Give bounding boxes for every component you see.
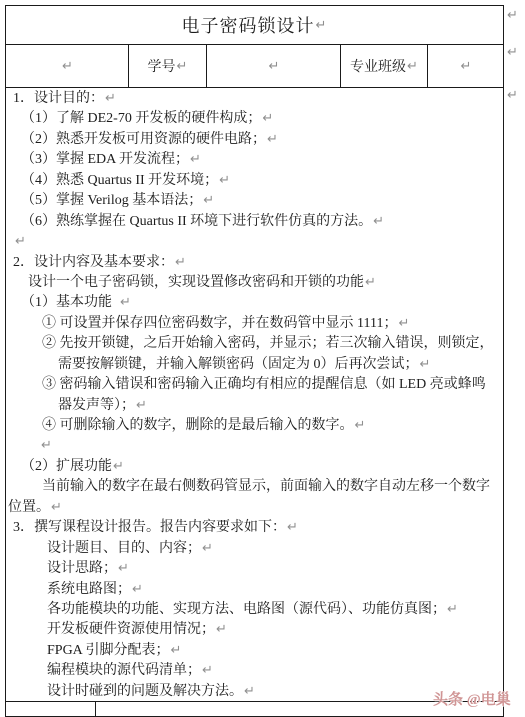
body-line: （4）熟悉 Quartus II 开发环境；↵ [8, 171, 501, 191]
line-text: （3）掌握 EDA 开发流程； [21, 152, 189, 167]
line-text: 设计一个电子密码锁，实现设置修改密码和开锁的功能 [28, 275, 364, 290]
body-line: 编程模块的源代码清单；↵ [8, 661, 501, 681]
line-text: （1）基本功能 [21, 295, 119, 310]
pilcrow-mark: ↵ [286, 520, 298, 535]
pilcrow-mark: ↵ [243, 684, 255, 699]
line-text: FPGA 引脚分配表； [47, 643, 170, 658]
line-text: 1．设计目的： [13, 91, 104, 106]
body-line: （2）扩展功能↵ [8, 457, 501, 477]
pilcrow-mark: ↵ [119, 295, 131, 310]
body-line: 需要按解锁键，并输入解锁密码（固定为 0）后再次尝试；↵ [8, 355, 501, 375]
body-line: ① 可设置并保存四位密码数字，并在数码管中显示 1111；↵ [8, 314, 501, 334]
right-margin-pilcrow: ↵ [507, 88, 518, 103]
line-text: 位置。 [8, 500, 50, 515]
line-text: （1）了解 DE2-70 开发板的硬件构成； [21, 111, 261, 126]
body-line: FPGA 引脚分配表；↵ [8, 641, 501, 661]
body-line: ↵ [8, 232, 501, 252]
body-line: 3．撰写课程设计报告。报告内容要求如下：↵ [8, 518, 501, 538]
pilcrow-mark: ↵ [460, 59, 472, 74]
body-line: （1）了解 DE2-70 开发板的硬件构成；↵ [8, 109, 501, 129]
line-text: ④ 可删除输入的数字，删除的是最后输入的数字。 [42, 418, 354, 433]
pilcrow-mark: ↵ [131, 582, 143, 597]
line-text: ① 可设置并保存四位密码数字，并在数码管中显示 1111； [42, 316, 397, 331]
pilcrow-mark: ↵ [176, 59, 188, 74]
line-text: 2．设计内容及基本要求： [13, 255, 174, 270]
title-row: 电子密码锁设计↵ [6, 6, 503, 44]
pilcrow-mark: ↵ [117, 561, 129, 576]
body-line: 设计一个电子密码锁，实现设置修改密码和开锁的功能↵ [8, 273, 501, 293]
line-text: 当前输入的数字在最右侧数码管显示，前面输入的数字自动左移一个数字 [42, 479, 490, 494]
pilcrow-mark: ↵ [174, 255, 186, 270]
body-line: 设计题目、目的、内容；↵ [8, 539, 501, 559]
pilcrow-mark: ↵ [372, 214, 384, 229]
pilcrow-mark: ↵ [268, 59, 280, 74]
body-line: （3）掌握 EDA 开发流程；↵ [8, 150, 501, 170]
body-line: 系统电路图；↵ [8, 580, 501, 600]
pilcrow-mark: ↵ [354, 418, 366, 433]
line-text: 编程模块的源代码清单； [47, 663, 201, 678]
pilcrow-mark: ↵ [201, 541, 213, 556]
pilcrow-mark: ↵ [419, 357, 431, 372]
pilcrow-mark: ↵ [364, 275, 376, 290]
line-text: 需要按解锁键，并输入解锁密码（固定为 0）后再次尝试； [58, 357, 419, 372]
line-text: 设计思路； [47, 561, 117, 576]
body-line: 当前输入的数字在最右侧数码管显示，前面输入的数字自动左移一个数字 [8, 477, 501, 497]
body-line: （5）掌握 Verilog 基本语法；↵ [8, 191, 501, 211]
header-cell: ↵ [6, 45, 129, 87]
pilcrow-mark: ↵ [266, 132, 278, 147]
body-line: （6）熟练掌握在 Quartus II 环境下进行软件仿真的方法。↵ [8, 212, 501, 232]
right-margin-pilcrow: ↵ [507, 8, 518, 23]
pilcrow-mark: ↵ [397, 316, 409, 331]
line-text: 系统电路图； [47, 582, 131, 597]
line-text: 3．撰写课程设计报告。报告内容要求如下： [13, 520, 286, 535]
body-line: 器发声等）；↵ [8, 396, 501, 416]
line-text: 开发板硬件资源使用情况； [47, 622, 215, 637]
pilcrow-mark: ↵ [50, 500, 62, 515]
line-text: 各功能模块的功能、实现方法、电路图（源代码）、功能仿真图； [47, 602, 446, 617]
header-cell-label: 学号 [148, 56, 176, 76]
pilcrow-mark: ↵ [189, 152, 201, 167]
pilcrow-mark: ↵ [406, 59, 418, 74]
pilcrow-mark: ↵ [170, 643, 182, 658]
line-text: ② 先按开锁键，之后开始输入密码，并显示；若三次输入错误，则锁定， [42, 336, 494, 351]
body-line: ④ 可删除输入的数字，删除的是最后输入的数字。↵ [8, 416, 501, 436]
pilcrow-mark: ↵ [14, 234, 26, 249]
body-line: 设计时碰到的问题及解决方法。↵ [8, 682, 501, 701]
document-title: 电子密码锁设计 [182, 12, 315, 38]
pilcrow-mark: ↵ [104, 91, 116, 106]
watermark: 头条 @电巢 [433, 688, 511, 709]
body-line: 位置。↵ [8, 498, 501, 518]
pilcrow-mark: ↵ [202, 193, 214, 208]
pilcrow-mark: ↵ [40, 438, 52, 453]
line-text: ③ 密码输入错误和密码输入正确均有相应的提醒信息（如 LED 亮或蜂鸣 [42, 377, 486, 392]
body-line: （2）熟悉开发板可用资源的硬件电路；↵ [8, 130, 501, 150]
header-cell-label: 专业班级 [350, 56, 406, 76]
footer-row [6, 701, 503, 716]
pilcrow-mark: ↵ [112, 459, 124, 474]
line-text: （2）熟悉开发板可用资源的硬件电路； [21, 132, 266, 147]
pilcrow-mark: ↵ [446, 602, 458, 617]
body-line: 1．设计目的：↵ [8, 89, 501, 109]
body-line: 各功能模块的功能、实现方法、电路图（源代码）、功能仿真图；↵ [8, 600, 501, 620]
document-page: 电子密码锁设计↵ ↵学号↵↵专业班级↵↵ 1．设计目的：↵（1）了解 DE2-7… [0, 0, 525, 717]
body-line: 2．设计内容及基本要求：↵ [8, 253, 501, 273]
pilcrow-mark: ↵ [201, 663, 213, 678]
line-text: 器发声等）； [58, 398, 135, 413]
line-text: 设计题目、目的、内容； [47, 541, 201, 556]
body-cell: 1．设计目的：↵（1）了解 DE2-70 开发板的硬件构成；↵（2）熟悉开发板可… [6, 87, 503, 701]
header-cell: 学号↵ [129, 45, 207, 87]
body-line: 设计思路；↵ [8, 559, 501, 579]
header-cell: ↵ [428, 45, 503, 87]
pilcrow-mark: ↵ [135, 398, 147, 413]
line-text: （5）掌握 Verilog 基本语法； [21, 193, 202, 208]
pilcrow-mark: ↵ [61, 59, 73, 74]
body-line: ↵ [8, 436, 501, 456]
line-text: 设计时碰到的问题及解决方法。 [47, 684, 243, 699]
body-line: （1）基本功能 ↵ [8, 293, 501, 313]
footer-cell-left [6, 702, 96, 716]
pilcrow-mark: ↵ [261, 111, 273, 126]
right-margin-pilcrow: ↵ [507, 45, 518, 60]
pilcrow-mark: ↵ [218, 173, 230, 188]
header-cell: 专业班级↵ [341, 45, 428, 87]
pilcrow-mark: ↵ [315, 18, 328, 33]
header-cell: ↵ [207, 45, 341, 87]
pilcrow-mark: ↵ [215, 622, 227, 637]
line-text: （4）熟悉 Quartus II 开发环境； [21, 173, 218, 188]
line-text: （2）扩展功能 [21, 459, 112, 474]
header-row: ↵学号↵↵专业班级↵↵ [6, 44, 503, 87]
body-line: ② 先按开锁键，之后开始输入密码，并显示；若三次输入错误，则锁定， [8, 334, 501, 354]
line-text: （6）熟练掌握在 Quartus II 环境下进行软件仿真的方法。 [21, 214, 372, 229]
body-line: 开发板硬件资源使用情况；↵ [8, 620, 501, 640]
document-table: 电子密码锁设计↵ ↵学号↵↵专业班级↵↵ 1．设计目的：↵（1）了解 DE2-7… [5, 5, 504, 717]
body-line: ③ 密码输入错误和密码输入正确均有相应的提醒信息（如 LED 亮或蜂鸣 [8, 375, 501, 395]
